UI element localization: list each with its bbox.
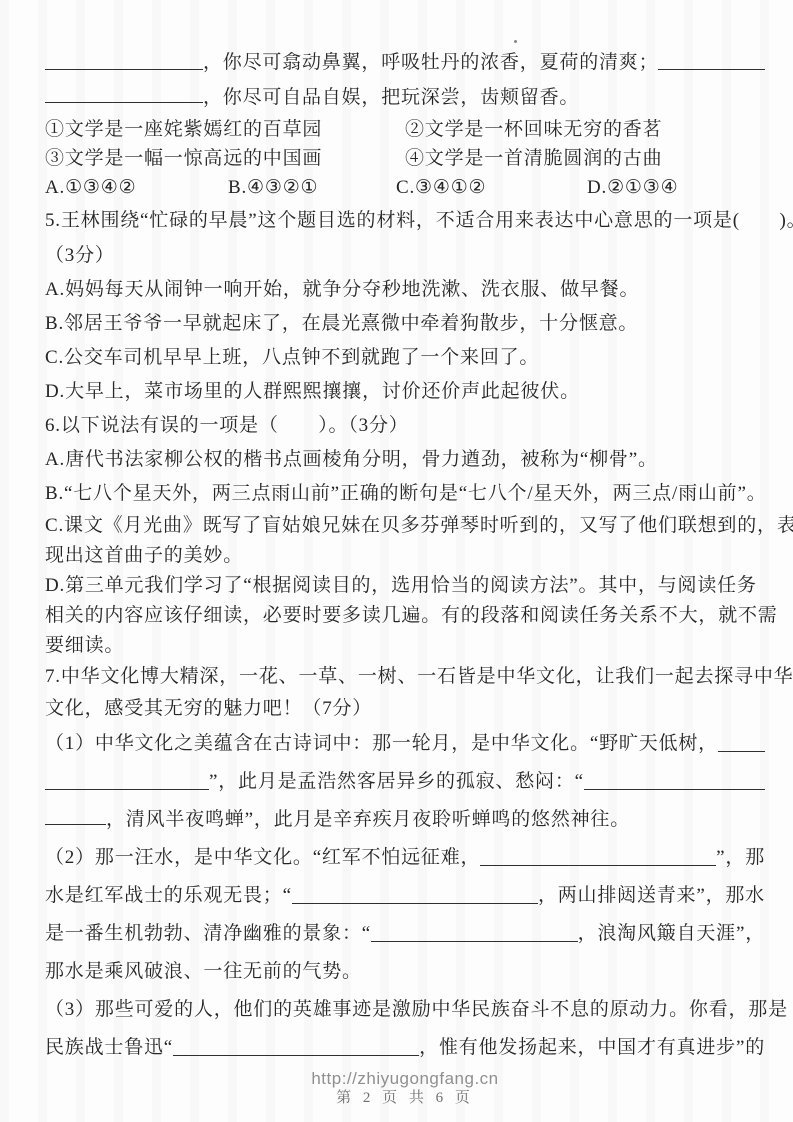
footer-page-number: 第 2 页 共 6 页 [45, 1089, 765, 1108]
q7-part2-text-3a: 是一番生机勃勃、清净幽雅的景象：“ [45, 915, 371, 953]
q6-option-a: A.唐代书法家柳公权的楷书点画棱角分明，骨力遒劲，被称为“柳骨”。 [45, 443, 765, 477]
page-body: ，你尽可翕动鼻翼，呼吸牡丹的浓香，夏荷的清爽； ，你尽可自品自娱，把玩深尝，齿颊… [0, 0, 793, 1108]
q7-part3-line-2: 民族战士鲁迅“，惟有他发扬起来，中国才有真进步”的 [45, 1029, 765, 1067]
q5-score: （3分） [45, 238, 765, 273]
q7-part2-line-1: （2）那一汪水，是中华文化。“红军不怕远征难，”，那 [45, 839, 765, 877]
q6-option-d-text-1: D.第三单元我们学习了“根据阅读目的，选用恰当的阅读方法”。其中，与阅读任务 [45, 575, 757, 596]
blank-line [45, 101, 203, 103]
q7-intro-text-2: 文化，感受其无穷的魅力吧！（7分） [45, 698, 372, 719]
footer-url: http://zhiyugongfang.cn [45, 1069, 765, 1089]
q4-option-3: ③文学是一幅一惊高远的中国画 [45, 144, 405, 173]
q7-part2-text-2b: ，两山排闼送青来”，那水 [538, 877, 765, 915]
q5-option-b-text: B.邻居王爷爷一早就起床了，在晨光熹微中牵着狗散步，十分惬意。 [45, 313, 638, 334]
q4-fill-text-2: ，你尽可自品自娱，把玩深尝，齿颊留香。 [203, 87, 579, 108]
blank-line [584, 788, 765, 790]
q5-option-d-text: D.大早上，菜市场里的人群熙熙攘攘，讨价还价声此起彼伏。 [45, 381, 580, 402]
q7-part2-text-1b: ”，那 [716, 839, 765, 877]
q6-option-b: B.“七八个星天外，两三点雨山前”正确的断句是“七八个/星天外，两三点/雨山前”… [45, 477, 765, 511]
blank-line [718, 750, 765, 752]
q4-fill-text-1: ，你尽可翕动鼻翼，呼吸牡丹的浓香，夏荷的清爽； [203, 45, 658, 80]
q7-part3-text-2b: ，惟有他发扬起来，中国才有真进步”的 [419, 1029, 765, 1067]
q6-option-b-text: B.“七八个星天外，两三点雨山前”正确的断句是“七八个/星天外，两三点/雨山前”… [45, 483, 767, 504]
blank-line [658, 68, 765, 70]
q6-option-c-line-1: C.课文《月光曲》既写了盲姑娘兄妹在贝多芬弹琴时听到的，又写了他们联想到的，表 [45, 511, 765, 541]
q7-part3-line-1: （3）那些可爱的人，他们的英雄事迹是激励中华民族奋斗不息的原动力。你看，那是 [45, 991, 765, 1029]
q7-part2-text-4: 那水是乘风破浪、一往无前的气势。 [45, 961, 362, 982]
ink-speck [514, 40, 517, 43]
q4-fill-line-1: ，你尽可翕动鼻翼，呼吸牡丹的浓香，夏荷的清爽； [45, 45, 765, 80]
q4-fill-line-2: ，你尽可自品自娱，把玩深尝，齿颊留香。 [45, 80, 765, 115]
q6-option-d-line-3: 要细读。 [45, 631, 765, 661]
q6-stem: 6.以下说法有误的一项是（ ）。（3分） [45, 409, 765, 443]
q6-option-c-text-2: 现出这首曲子的美妙。 [45, 545, 243, 566]
q7-part1-line-3: ，清风半夜鸣蝉”，此月是辛弃疾月夜聆听蝉鸣的悠然神往。 [45, 801, 765, 839]
q7-part1-line-2: ”，此月是孟浩然客居异乡的孤寂、愁闷：“ [45, 763, 765, 801]
q5-stem-text: 5.王林围绕“忙碌的早晨”这个题目选的材料，不适合用来表达中心意思的一项是( )… [45, 210, 793, 231]
q7-part3-text-1: （3）那些可爱的人，他们的英雄事迹是激励中华民族奋斗不息的原动力。你看，那是 [45, 999, 788, 1020]
q4-choice-a: A.①③④② [45, 173, 228, 203]
blank-line [292, 902, 538, 904]
q7-part1-text-3: ，清风半夜鸣蝉”，此月是辛弃疾月夜聆听蝉鸣的悠然神往。 [106, 809, 630, 830]
q7-part1-text-1: （1）中华文化之美蕴含在古诗词中：那一轮月，是中华文化。“野旷天低树， [45, 725, 718, 763]
q4-option-4: ④文学是一首清脆圆润的古曲 [405, 148, 662, 169]
q4-options-row-2: ③文学是一幅一惊高远的中国画④文学是一首清脆圆润的古曲 [45, 144, 765, 173]
q6-stem-text: 6.以下说法有误的一项是（ ）。（3分） [45, 415, 409, 436]
q4-option-1: ①文学是一座姹紫嫣红的百草园 [45, 115, 405, 144]
blank-line [371, 940, 578, 942]
q4-option-2: ②文学是一杯回味无穷的香茗 [405, 119, 662, 140]
q7-part3-text-2a: 民族战士鲁迅“ [45, 1029, 173, 1067]
q6-option-d-line-2: 相关的内容应该仔细读，必要时要多读几遍。有的段落和阅读任务关系不大，就不需 [45, 601, 765, 631]
q4-choice-b: B.④③②① [228, 173, 396, 203]
q6-option-c-text-1: C.课文《月光曲》既写了盲姑娘兄妹在贝多芬弹琴时听到的，又写了他们联想到的，表 [45, 515, 793, 536]
exam-paper-page: { "colors": { "ink": "#262626", "blank_l… [0, 0, 793, 1122]
q7-part2-line-3: 是一番生机勃勃、清净幽雅的景象：“，浪淘风簸自天涯”， [45, 915, 765, 953]
q7-intro-line-1: 7.中华文化博大精深，一花、一草、一树、一石皆是中华文化，让我们一起去探寻中华 [45, 661, 765, 693]
blank-line [45, 823, 106, 825]
q5-option-d: D.大早上，菜市场里的人群熙熙攘攘，讨价还价声此起彼伏。 [45, 375, 765, 409]
q6-option-c-line-2: 现出这首曲子的美妙。 [45, 541, 765, 571]
q4-options-row-1: ①文学是一座姹紫嫣红的百草园②文学是一杯回味无穷的香茗 [45, 115, 765, 144]
blank-line [173, 1054, 419, 1056]
q7-part2-text-2a: 水是红军战士的乐观无畏；“ [45, 877, 292, 915]
q4-choices-row: A.①③④②B.④③②①C.③④①②D.②①③④ [45, 173, 765, 203]
q7-part2-line-4: 那水是乘风破浪、一往无前的气势。 [45, 953, 765, 991]
q5-score-text: （3分） [45, 245, 115, 266]
q5-option-c: C.公交车司机早早上班，八点钟不到就跑了一个来回了。 [45, 341, 765, 375]
blank-line [45, 788, 209, 790]
q4-choice-d: D.②①③④ [587, 173, 678, 203]
q6-option-a-text: A.唐代书法家柳公权的楷书点画棱角分明，骨力遒劲，被称为“柳骨”。 [45, 449, 658, 470]
q5-option-a: A.妈妈每天从闹钟一响开始，就争分夺秒地洗漱、洗衣服、做早餐。 [45, 273, 765, 307]
q7-part2-text-3b: ，浪淘风簸自天涯”， [578, 915, 765, 953]
q7-intro-text-1: 7.中华文化博大精深，一花、一草、一树、一石皆是中华文化，让我们一起去探寻中华 [45, 666, 793, 687]
q5-stem: 5.王林围绕“忙碌的早晨”这个题目选的材料，不适合用来表达中心意思的一项是( )… [45, 203, 765, 238]
q6-option-d-line-1: D.第三单元我们学习了“根据阅读目的，选用恰当的阅读方法”。其中，与阅读任务 [45, 571, 765, 601]
q5-option-c-text: C.公交车司机早早上班，八点钟不到就跑了一个来回了。 [45, 347, 539, 368]
blank-line [45, 68, 203, 70]
q4-choice-c: C.③④①② [396, 173, 587, 203]
q7-intro-line-2: 文化，感受其无穷的魅力吧！（7分） [45, 693, 765, 725]
q7-part1-line-1: （1）中华文化之美蕴含在古诗词中：那一轮月，是中华文化。“野旷天低树， [45, 725, 765, 763]
q5-option-a-text: A.妈妈每天从闹钟一响开始，就争分夺秒地洗漱、洗衣服、做早餐。 [45, 279, 639, 300]
q6-option-d-text-2: 相关的内容应该仔细读，必要时要多读几遍。有的段落和阅读任务关系不大，就不需 [45, 605, 778, 626]
q7-part2-line-2: 水是红军战士的乐观无畏；“，两山排闼送青来”，那水 [45, 877, 765, 915]
q7-part1-text-2: ”，此月是孟浩然客居异乡的孤寂、愁闷：“ [209, 763, 584, 801]
q5-option-b: B.邻居王爷爷一早就起床了，在晨光熹微中牵着狗散步，十分惬意。 [45, 307, 765, 341]
blank-line [480, 864, 716, 866]
q7-part2-text-1a: （2）那一汪水，是中华文化。“红军不怕远征难， [45, 839, 480, 877]
q6-option-d-text-3: 要细读。 [45, 635, 124, 656]
page-footer: http://zhiyugongfang.cn 第 2 页 共 6 页 [45, 1069, 765, 1108]
